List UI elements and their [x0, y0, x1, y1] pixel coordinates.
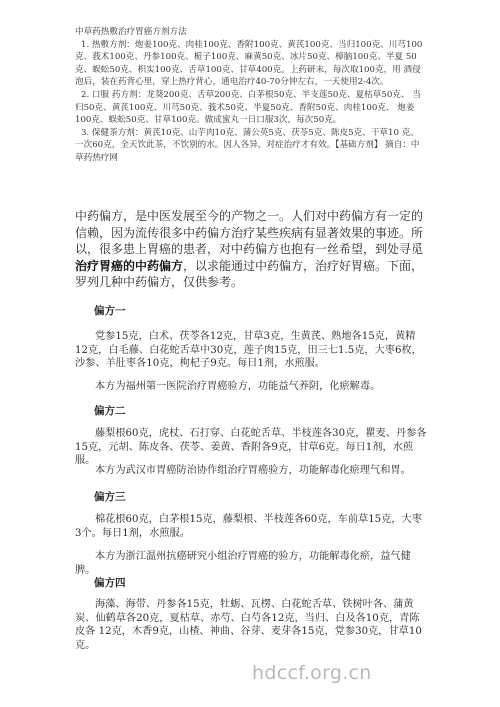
- top-item-3: 3. 保健茶方剂：黄芪10克、山芋肉10克、蒲公英5克、茯苓5克、陈皮5克、干草…: [75, 127, 425, 165]
- heading-recipe-4: 偏方四: [94, 575, 126, 590]
- recipe-2-note: 本方为武汉市胃癌防治协作组治疗胃癌验方，功能解毒化瘀理气和胃。: [75, 464, 427, 478]
- recipe-1-note-block: 本方为福州第一医院治疗胃癌验方，功能益气养阴，化瘀解毒。: [75, 380, 427, 394]
- top-block: 中草药热敷治疗胃癌方剂方法 1. 热敷方剂：炮姜100克、肉桂100克、香附10…: [75, 26, 425, 165]
- recipe-3-note: 本方为浙江温州抗癌研究小组治疗胃癌的验方，功能解毒化瘀，益气健脾。: [75, 550, 427, 577]
- recipe-3-note-block: 本方为浙江温州抗癌研究小组治疗胃癌的验方，功能解毒化瘀，益气健脾。: [75, 550, 427, 577]
- top-title: 中草药热敷治疗胃癌方剂方法: [75, 26, 425, 39]
- recipe-1-note: 本方为福州第一医院治疗胃癌验方，功能益气养阴，化瘀解毒。: [75, 380, 427, 394]
- recipe-4-body: 海藻、海带、丹参各15克，牡蛎、瓦楞、白花蛇舌草、铁树叶各、蒲黄炭、仙鹤草各20…: [75, 598, 427, 652]
- document-page: 中草药热敷治疗胃癌方剂方法 1. 热敷方剂：炮姜100克、肉桂100克、香附10…: [0, 0, 500, 707]
- intro-bold-link: 治疗胃癌的中药偏方: [75, 259, 183, 273]
- recipe-3-body: 棉花根60克，白茅根15克，藤梨根、半枝莲各60克，车前草15克，大枣 3个。每…: [75, 513, 427, 540]
- heading-recipe-3: 偏方三: [94, 489, 126, 504]
- watermark: hdccf.org.cn: [252, 662, 372, 684]
- recipe-1-ingredients: 党参15克，白术、茯苓各12克，甘草3克，生黄芪、熟地各15克，黄精 12克，白…: [75, 330, 427, 371]
- heading-recipe-2: 偏方二: [94, 403, 126, 418]
- recipe-2-body: 藤梨根60克，虎杖、石打穿、白花蛇舌草、半枝莲各30克，瞿麦、丹参各 15克，元…: [75, 427, 427, 468]
- recipe-1-body: 党参15克，白术、茯苓各12克，甘草3克，生黄芪、熟地各15克，黄精 12克，白…: [75, 330, 427, 371]
- recipe-3-ingredients: 棉花根60克，白茅根15克，藤梨根、半枝莲各60克，车前草15克，大枣 3个。每…: [75, 513, 427, 540]
- recipe-2-ingredients: 藤梨根60克，虎杖、石打穿、白花蛇舌草、半枝莲各30克，瞿麦、丹参各 15克，元…: [75, 427, 427, 468]
- intro-paragraph: 中药偏方，是中医发展至今的产物之一。人们对中药偏方有一定的信赖，因为流传很多中药…: [75, 208, 427, 291]
- recipe-4-ingredients: 海藻、海带、丹参各15克，牡蛎、瓦楞、白花蛇舌草、铁树叶各、蒲黄炭、仙鹤草各20…: [75, 598, 427, 652]
- top-item-2: 2. 口服 药方剂：龙葵200克、舌草200克、白茅根50克、半支莲50克、夏枯…: [75, 89, 425, 127]
- top-item-1: 1. 热敷方剂：炮姜100克、肉桂100克、香附100克、黄芪100克、当归10…: [75, 39, 425, 89]
- recipe-2-note-block: 本方为武汉市胃癌防治协作组治疗胃癌验方，功能解毒化瘀理气和胃。: [75, 464, 427, 478]
- intro-text-1: 中药偏方，是中医发展至今的产物之一。人们对中药偏方有一定的信赖，因为流传很多中药…: [75, 209, 423, 256]
- heading-recipe-1: 偏方一: [94, 303, 126, 318]
